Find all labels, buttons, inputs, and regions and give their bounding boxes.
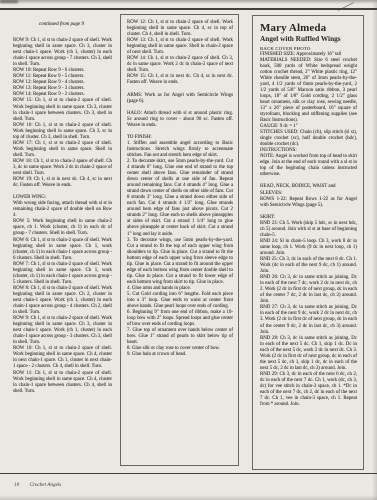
pattern-round-paragraph: RND 27: Ch 3, dc in same stitch as joini… xyxy=(260,305,357,335)
pattern-round-paragraph: RND 29: Ch 3, dc in each of the next 6 d… xyxy=(260,372,357,408)
pattern-row-paragraph: ROW 6: Ch 1, sl st to chain-2 space of s… xyxy=(13,238,112,262)
lower-wing-rows: ROW 5: Work beginning shell in same chai… xyxy=(13,219,112,394)
intro-paragraph: NOTE: Angel is worked from top of head t… xyxy=(260,154,357,178)
skirt-rounds: RND 23: Ch 5. Work (skip 5 hdc, sc in ne… xyxy=(260,221,357,408)
scan-edge-top xyxy=(0,0,377,4)
left-column: continued from page 9 ROW 9: Ch 1, sl st… xyxy=(13,22,112,395)
right-column-box: Mary Almeda Angel with Ruffled Wings BAC… xyxy=(252,15,364,470)
pattern-round-paragraph: RND 24: Sl in chain-5 loop. Ch 3, work 8… xyxy=(260,239,357,257)
middle-column-box: ROW 12: Ch 1, sl st to chain-2 space of … xyxy=(120,14,239,466)
pattern-title: Mary Almeda xyxy=(260,23,357,35)
pattern-intro: FINISHED SIZE: Approximately 16" tallMAT… xyxy=(260,52,357,179)
pattern-row-paragraph: ROW 16: Ch 1, sl st to chain-2 space of … xyxy=(13,123,112,141)
pattern-row-paragraph: ROW 8: Ch 1, sl st to chain-2 space of s… xyxy=(13,286,112,316)
intro-paragraph: MATERIALS NEEDED: Size 6 steel crochet h… xyxy=(260,58,357,125)
pattern-row-paragraph: ROW 5: Work beginning shell in same chai… xyxy=(13,219,112,237)
scan-smudge xyxy=(0,0,18,3)
finish-step-paragraph: 3. To decorate wings, use 5mm pearls-by-… xyxy=(127,238,233,286)
arms-paragraph: ARMS: Work as for Angel with Semicircle … xyxy=(127,93,233,105)
pattern-row-paragraph: ROW 9: Ch 1, sl st to chain-2 space of s… xyxy=(13,38,112,68)
pattern-row-paragraph: ROW 11: Ch 1, sl st to chain-2 space of … xyxy=(13,371,112,395)
scan-edge-right xyxy=(372,0,377,500)
pattern-row-paragraph: ROW 13: Ch 1, sl st to chain-2 space of … xyxy=(127,38,233,56)
pattern-row-paragraph: ROW 17: Ch 1, sl st to chain-2 space of … xyxy=(13,141,112,159)
finish-step-paragraph: 9. Glue halo at crown of head. xyxy=(127,352,233,358)
pattern-row-paragraph: ROW 19: Ch 1, sl st in next dc. Ch 4, sc… xyxy=(13,177,112,189)
pattern-row-paragraph: ROW 14: Ch 1, sl st to chain-2 space of … xyxy=(127,56,233,74)
head-section-text: ROWS 1-22: Repeat Rows 1-22 as for Angel… xyxy=(260,197,357,209)
pattern-row-paragraph: ROW 10: Ch 1, sl st to chain-2 space of … xyxy=(13,346,112,370)
finish-step-paragraph: 7. Glue top of ornament over hands below… xyxy=(127,328,233,346)
continued-note: continued from page 9 xyxy=(13,22,112,27)
to-finish-steps: 1. Stiffen and assemble angel according … xyxy=(127,141,233,359)
pattern-round-paragraph: RND 28: Ch 3, dc in same stitch as joini… xyxy=(260,336,357,372)
footer-rule xyxy=(0,473,377,474)
pattern-subtitle: Angel with Ruffled Wings xyxy=(260,35,357,44)
pattern-row-paragraph: ROW 15: Ch 1, sl st to chain-2 space of … xyxy=(13,98,112,122)
finish-step-paragraph: 1. Stiffen and assemble angel according … xyxy=(127,141,233,159)
scan-edge-bottom xyxy=(0,495,377,500)
scanned-book-page: continued from page 9 ROW 9: Ch 1, sl st… xyxy=(0,0,377,500)
pattern-round-paragraph: RND 23: Ch 5. Work (skip 5 hdc, sc in ne… xyxy=(260,221,357,239)
middle-rows: ROW 12: Ch 1, sl st to chain-2 space of … xyxy=(127,20,233,87)
intro-paragraph: STITCHES USED: Chain (ch), slip stitch (… xyxy=(260,130,357,148)
pattern-row-paragraph: ROW 9: Ch 1, sl st to chain-2 space of s… xyxy=(13,316,112,346)
top-rule xyxy=(0,8,377,10)
halo-paragraph: HALO: Attach thread with sl st around pl… xyxy=(127,111,233,129)
pattern-round-paragraph: RND 26: Ch 3, dc in same stitch as joini… xyxy=(260,275,357,305)
finish-step-paragraph: 5. Cut Gold cording into 6" lengths. Fol… xyxy=(127,292,233,310)
page-footer: 10 Crochet Angels xyxy=(14,482,61,488)
head-section-heading: HEAD, NECK, BODICE, WAIST and SLEEVES: xyxy=(260,184,357,196)
lower-wing-intro: With wrong side facing, attach thread wi… xyxy=(13,201,112,219)
pattern-row-paragraph: ROW 7: Ch 1, sl st to chain-2 space of s… xyxy=(13,262,112,286)
finish-step-paragraph: 2. To decorate skirt, use 5mm pearls-by-… xyxy=(127,159,233,238)
pattern-row-paragraph: ROW 18: Ch 1, sl st to chain-2 space of … xyxy=(13,159,112,177)
upper-wing-rows: ROW 9: Ch 1, sl st to chain-2 space of s… xyxy=(13,38,112,189)
finish-step-paragraph: 6. Beginning 9" from one end of ribbon, … xyxy=(127,310,233,328)
book-title: Crochet Angels xyxy=(29,482,61,488)
pattern-row-paragraph: ROW 12: Ch 1, sl st to chain-2 space of … xyxy=(127,20,233,38)
pattern-round-paragraph: RND 25: Ch 3, dc in each of the next 8 d… xyxy=(260,257,357,275)
pattern-row-paragraph: ROW 15: Ch 1, sl st in next dc. Ch 4, sc… xyxy=(127,74,233,86)
page-number: 10 xyxy=(14,482,19,488)
